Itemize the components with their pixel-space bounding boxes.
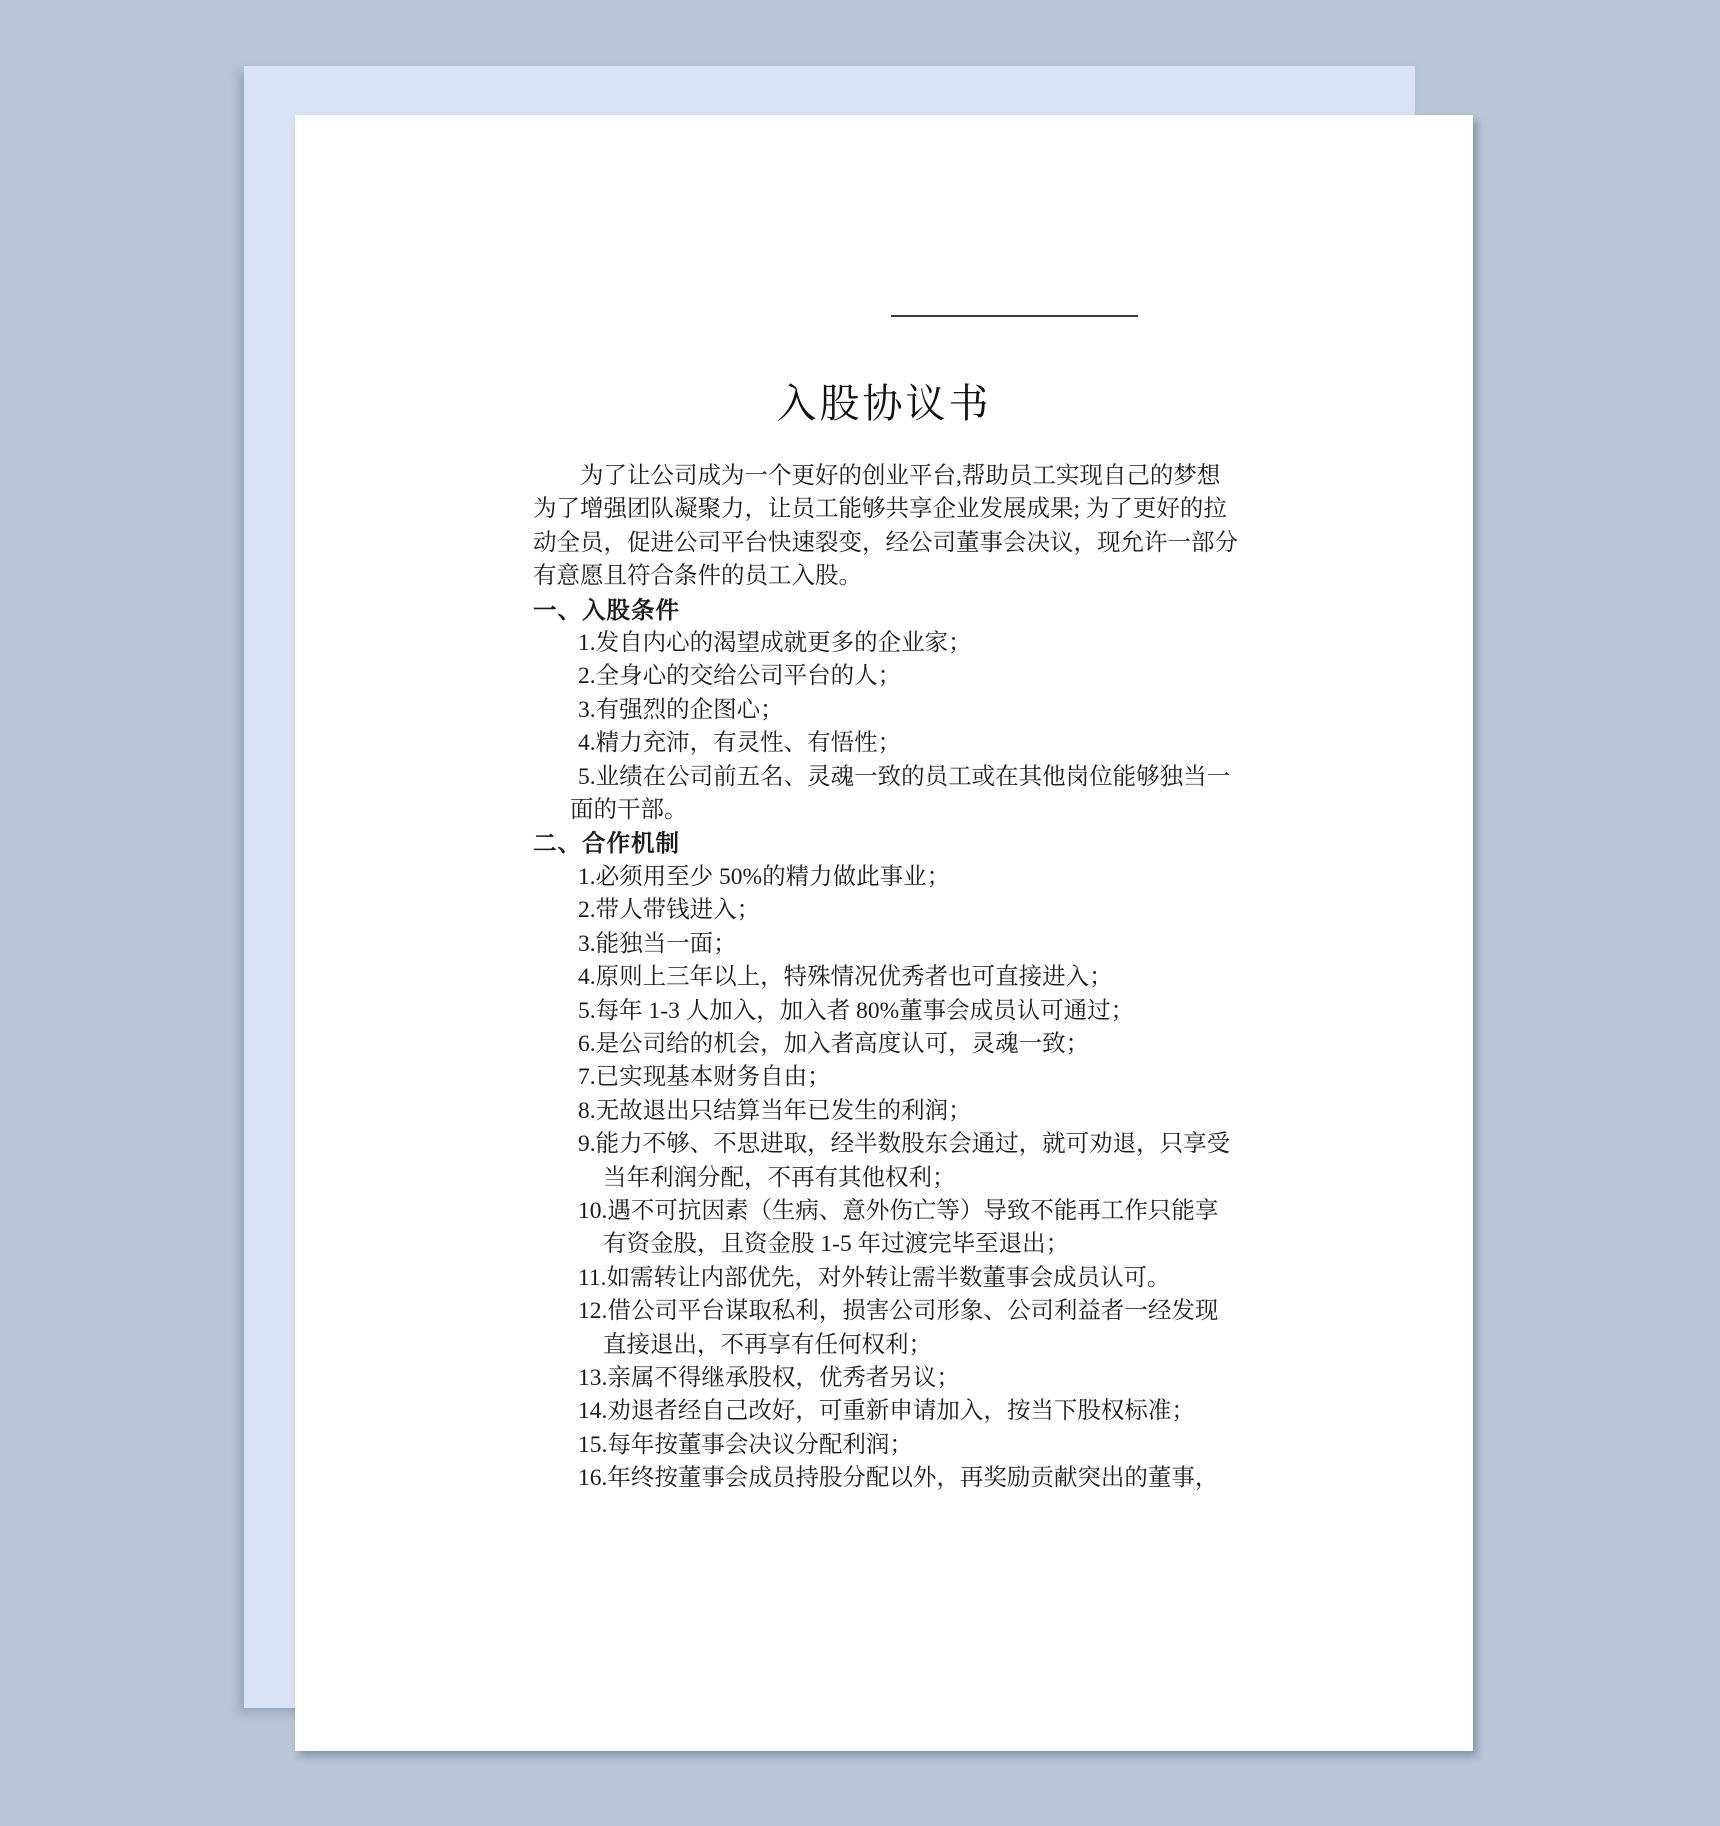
list-item-continuation: 面的干部。	[533, 794, 1235, 827]
list-item: 11.如需转让内部优先，对外转让需半数董事会成员认可。	[533, 1262, 1235, 1295]
list-item: 1.发自内心的渴望成就更多的企业家；	[533, 627, 1235, 660]
paragraph-line: 动全员，促进公司平台快速裂变，经公司董事会决议，现允许一部分	[533, 527, 1235, 560]
list-item: 13.亲属不得继承股权，优秀者另议；	[533, 1362, 1235, 1395]
paragraph-line: 为了增强团队凝聚力，让员工能够共享企业发展成果; 为了更好的拉	[533, 493, 1235, 526]
list-item: 8.无故退出只结算当年已发生的利润；	[533, 1095, 1235, 1128]
list-item: 4.原则上三年以上，特殊情况优秀者也可直接进入；	[533, 961, 1235, 994]
document-body: 为了让公司成为一个更好的创业平台,帮助员工实现自己的梦想 为了增强团队凝聚力，让…	[533, 460, 1235, 1496]
title-separator-line	[891, 315, 1138, 317]
list-item: 9.能力不够、不思进取，经半数股东会通过，就可劝退，只享受	[533, 1128, 1235, 1161]
document-page: 入股协议书 为了让公司成为一个更好的创业平台,帮助员工实现自己的梦想 为了增强团…	[295, 115, 1473, 1751]
list-item: 10.遇不可抗因素（生病、意外伤亡等）导致不能再工作只能享	[533, 1195, 1235, 1228]
paragraph-line: 为了让公司成为一个更好的创业平台,帮助员工实现自己的梦想	[533, 460, 1235, 493]
list-item: 16.年终按董事会成员持股分配以外，再奖励贡献突出的董事，	[533, 1462, 1235, 1495]
list-item: 2.全身心的交给公司平台的人；	[533, 660, 1235, 693]
section-heading: 一、入股条件	[533, 594, 1235, 627]
list-item: 3.能独当一面；	[533, 928, 1235, 961]
list-item: 6.是公司给的机会，加入者高度认可，灵魂一致；	[533, 1028, 1235, 1061]
list-item: 7.已实现基本财务自由；	[533, 1061, 1235, 1094]
list-item: 14.劝退者经自己改好，可重新申请加入，按当下股权标准；	[533, 1395, 1235, 1428]
list-item: 1.必须用至少 50%的精力做此事业；	[533, 861, 1235, 894]
section-heading: 二、合作机制	[533, 827, 1235, 860]
list-item: 12.借公司平台谋取私利，损害公司形象、公司利益者一经发现	[533, 1295, 1235, 1328]
list-item: 4.精力充沛，有灵性、有悟性；	[533, 727, 1235, 760]
list-item-continuation: 当年利润分配，不再有其他权利；	[533, 1162, 1235, 1195]
list-item: 5.每年 1-3 人加入，加入者 80%董事会成员认可通过；	[533, 995, 1235, 1028]
document-title: 入股协议书	[533, 377, 1235, 431]
list-item: 5.业绩在公司前五名、灵魂一致的员工或在其他岗位能够独当一	[533, 761, 1235, 794]
list-item-continuation: 有资金股，且资金股 1-5 年过渡完毕至退出；	[533, 1228, 1235, 1261]
list-item: 3.有强烈的企图心；	[533, 694, 1235, 727]
paragraph-line: 有意愿且符合条件的员工入股。	[533, 560, 1235, 593]
list-item: 15.每年按董事会决议分配利润；	[533, 1429, 1235, 1462]
list-item: 2.带人带钱进入；	[533, 894, 1235, 927]
list-item-continuation: 直接退出，不再享有任何权利；	[533, 1329, 1235, 1362]
